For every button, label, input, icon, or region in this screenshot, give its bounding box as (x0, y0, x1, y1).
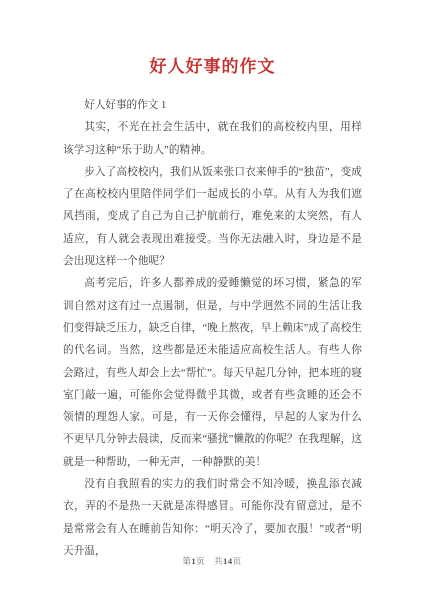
paragraph: 没有自我照看的实力的我们时常会不知冷暖，换乱添衣减衣，弄的不是热一天就是冻得感冒… (63, 474, 362, 563)
page-title: 好人好事的作文 (63, 52, 362, 77)
total-pages-indicator: 共14页 (214, 556, 242, 566)
page-unit-label: 页 (196, 556, 205, 566)
total-pages-number: 14 (223, 556, 233, 566)
page-prefix-label: 第 (182, 556, 191, 566)
total-unit-label: 页 (233, 556, 242, 566)
paragraph: 高考完后，许多人都养成的爱睡懒觉的坏习惯，紧急的军训自然对这有过一点遏制，但是，… (63, 273, 362, 474)
total-prefix-label: 共 (214, 556, 223, 566)
document-page: 好人好事的作文 好人好事的作文 1 其实，不光在社会生活中，就在我们的高校校内里… (0, 0, 424, 600)
current-page-indicator: 第1页 (182, 556, 205, 566)
page-footer: 第1页共14页 (0, 555, 424, 567)
section-heading: 好人好事的作文 1 (63, 95, 362, 117)
paragraph: 步入了高校校内，我们从饭来张口衣来伸手的“独苗”，变成了在高校校内里陪伴同学们一… (63, 162, 362, 273)
paragraph: 其实，不光在社会生活中，就在我们的高校校内里，用样该学习这种“乐于助人”的精神。 (63, 117, 362, 162)
